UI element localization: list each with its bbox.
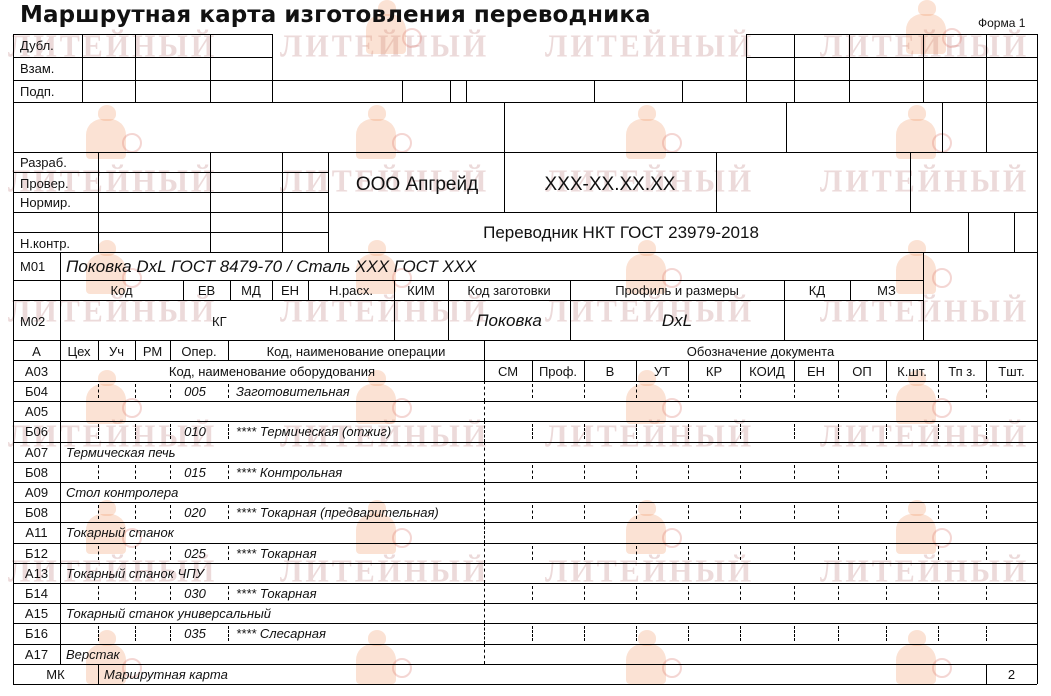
document-code: XXX-XX.XX.XX xyxy=(504,173,716,197)
operation-number: 035 xyxy=(170,626,220,642)
grid-line xyxy=(13,34,272,35)
grid-line xyxy=(60,401,61,421)
grid-line xyxy=(1037,381,1038,401)
grid-line xyxy=(740,626,741,641)
grid-line xyxy=(484,442,485,462)
grid-line xyxy=(1037,522,1038,543)
norm-col-header: ОП xyxy=(838,364,886,380)
grid-line xyxy=(886,546,887,560)
material-col-header: МД xyxy=(230,283,272,299)
equipment-name: Термическая печь xyxy=(66,445,175,461)
grid-line xyxy=(968,212,969,252)
grid-line xyxy=(938,505,939,519)
operation-name: **** Токарная xyxy=(236,586,317,602)
grid-line xyxy=(13,252,14,340)
grid-line xyxy=(636,586,637,600)
grid-line xyxy=(838,546,839,560)
grid-line xyxy=(60,502,61,522)
grid-line xyxy=(986,34,987,102)
equipment-name: Токарный станок xyxy=(66,525,174,541)
grid-line xyxy=(636,626,637,641)
grid-line xyxy=(13,603,1037,604)
grid-line xyxy=(688,465,689,479)
grid-line xyxy=(82,34,83,102)
grid-line xyxy=(1037,563,1038,583)
grid-line xyxy=(135,34,136,102)
grid-line xyxy=(740,505,741,519)
grid-line xyxy=(794,424,795,439)
grid-line xyxy=(484,502,485,522)
grid-line xyxy=(886,586,887,600)
grid-line xyxy=(60,603,61,623)
row-code: Б06 xyxy=(13,424,60,440)
grid-line xyxy=(636,505,637,519)
grid-line xyxy=(98,384,99,398)
grid-line xyxy=(938,384,939,398)
grid-line xyxy=(584,546,585,560)
grid-line xyxy=(584,626,585,641)
grid-line xyxy=(98,505,99,519)
grid-line xyxy=(636,546,637,560)
m02-label: М02 xyxy=(20,314,45,330)
operation-col-header: РМ xyxy=(135,344,170,360)
grid-line xyxy=(60,462,61,482)
grid-line xyxy=(1037,152,1038,252)
grid-line xyxy=(228,424,229,439)
grid-line xyxy=(282,152,283,252)
grid-line xyxy=(1037,102,1038,152)
grid-line xyxy=(986,546,987,560)
norm-col-header: Проф. xyxy=(532,364,584,380)
grid-line xyxy=(135,505,136,519)
material-col-header: КИМ xyxy=(394,283,448,299)
grid-line xyxy=(98,586,99,600)
m01-label: М01 xyxy=(20,259,45,275)
grid-line xyxy=(688,586,689,600)
grid-line xyxy=(60,644,61,664)
grid-line xyxy=(98,424,99,439)
label-nkontr: Н.контр. xyxy=(20,236,70,252)
grid-line xyxy=(688,626,689,641)
equipment-name: Стол контролера xyxy=(66,485,178,501)
grid-line xyxy=(13,80,1037,81)
grid-line xyxy=(794,546,795,560)
grid-line xyxy=(394,300,395,340)
label-normir: Нормир. xyxy=(20,195,71,211)
row-code: Б12 xyxy=(13,546,60,562)
operation-name: Заготовительная xyxy=(236,384,350,400)
row-code: А15 xyxy=(13,606,60,622)
grid-line xyxy=(942,102,943,152)
norm-col-header: УТ xyxy=(636,364,688,380)
grid-line xyxy=(740,586,741,600)
grid-line xyxy=(484,522,485,543)
grid-line xyxy=(838,384,839,398)
grid-line xyxy=(98,664,99,684)
grid-line xyxy=(1037,603,1038,623)
grid-line xyxy=(135,586,136,600)
unit-value: КГ xyxy=(212,314,227,330)
grid-line xyxy=(986,424,987,439)
company-name: ООО Апгрейд xyxy=(330,173,504,197)
grid-line xyxy=(784,300,785,340)
equipment-name: Токарный станок универсальный xyxy=(66,606,271,622)
grid-line xyxy=(636,384,637,398)
grid-line xyxy=(886,465,887,479)
grid-line xyxy=(938,465,939,479)
grid-line xyxy=(13,212,328,213)
grid-line xyxy=(636,424,637,439)
grid-line xyxy=(13,644,1037,645)
grid-line xyxy=(584,465,585,479)
norm-col-header: Тп з. xyxy=(938,364,986,380)
grid-line xyxy=(986,626,987,641)
operation-name: **** Токарная xyxy=(236,546,317,562)
material-col-header: Н.расх. xyxy=(308,283,394,299)
row-code: А11 xyxy=(13,525,60,541)
grid-line xyxy=(636,465,637,479)
operation-name: **** Токарная (предварительная) xyxy=(236,505,439,521)
blank-code-value: Поковка xyxy=(448,310,570,332)
grid-line xyxy=(886,384,887,398)
grid-line xyxy=(688,424,689,439)
operation-col-header: Уч xyxy=(98,344,135,360)
grid-line xyxy=(746,34,747,102)
grid-line xyxy=(13,57,272,58)
grid-line xyxy=(13,300,923,301)
operation-number: 005 xyxy=(170,384,220,400)
grid-line xyxy=(484,421,485,442)
operation-number: 025 xyxy=(170,546,220,562)
grid-line xyxy=(1037,502,1038,522)
equipment-name: Верстак xyxy=(66,647,120,663)
grid-line xyxy=(986,465,987,479)
grid-line xyxy=(886,505,887,519)
row-code: Б14 xyxy=(13,586,60,602)
grid-line xyxy=(986,384,987,398)
grid-line xyxy=(1037,421,1038,442)
grid-line xyxy=(13,360,1037,361)
grid-line xyxy=(740,424,741,439)
norm-col-header: К.шт. xyxy=(886,364,938,380)
grid-line xyxy=(716,152,717,212)
grid-line xyxy=(938,424,939,439)
grid-line xyxy=(886,424,887,439)
grid-line xyxy=(450,80,451,102)
material-col-header: ЕН xyxy=(272,283,308,299)
grid-line xyxy=(13,543,1037,544)
grid-line xyxy=(1037,462,1038,482)
grid-line xyxy=(532,384,533,398)
grid-line xyxy=(532,505,533,519)
norm-col-header: В xyxy=(584,364,636,380)
grid-line xyxy=(838,586,839,600)
grid-line xyxy=(484,401,485,421)
operation-col-header: Цех xyxy=(60,344,98,360)
grid-line xyxy=(13,381,1037,382)
grid-line xyxy=(13,684,1037,685)
grid-line xyxy=(228,384,229,398)
grid-line xyxy=(1037,583,1038,603)
grid-line xyxy=(910,152,911,212)
grid-line xyxy=(13,172,328,173)
grid-line xyxy=(13,583,1037,584)
footer-form-code: МК xyxy=(13,667,98,683)
grid-line xyxy=(228,505,229,519)
grid-line xyxy=(60,583,61,603)
norm-col-header: СМ xyxy=(484,364,532,380)
grid-line xyxy=(682,80,683,102)
grid-line xyxy=(838,505,839,519)
grid-line xyxy=(135,465,136,479)
form-label: Форма 1 xyxy=(978,16,1025,30)
grid-line xyxy=(838,626,839,641)
grid-line xyxy=(794,505,795,519)
profile-value: DxL xyxy=(570,310,784,332)
grid-line xyxy=(794,586,795,600)
grid-line xyxy=(484,583,485,603)
grid-line xyxy=(13,401,1037,402)
operation-col-header: Опер. xyxy=(170,344,228,360)
grid-line xyxy=(13,502,1037,503)
grid-line xyxy=(13,280,923,281)
grid-line xyxy=(746,57,1037,58)
product-name: Переводник НКТ ГОСТ 23979-2018 xyxy=(330,222,912,244)
grid-line xyxy=(13,252,1037,253)
grid-line xyxy=(584,424,585,439)
norm-col-header: Тшт. xyxy=(986,364,1037,380)
document-designation-header: Обозначение документа xyxy=(484,344,1037,360)
grid-line xyxy=(794,465,795,479)
grid-line xyxy=(135,424,136,439)
grid-line xyxy=(210,34,211,102)
grid-line xyxy=(484,623,485,644)
grid-line xyxy=(1037,623,1038,644)
grid-line xyxy=(466,80,467,102)
operation-number: 010 xyxy=(170,424,220,440)
label-dubl: Дубл. xyxy=(20,38,54,54)
grid-line xyxy=(740,465,741,479)
grid-line xyxy=(98,546,99,560)
operation-number: 020 xyxy=(170,505,220,521)
grid-line xyxy=(13,522,1037,523)
material-col-header: ЕВ xyxy=(183,283,230,299)
grid-line xyxy=(13,152,14,252)
row-code: А05 xyxy=(13,404,60,420)
grid-line xyxy=(13,102,1037,103)
grid-line xyxy=(13,421,1037,422)
grid-line xyxy=(849,34,850,102)
grid-line xyxy=(228,546,229,560)
grid-line xyxy=(13,34,14,102)
grid-line xyxy=(938,586,939,600)
operation-name: **** Контрольная xyxy=(236,465,342,481)
grid-line xyxy=(838,424,839,439)
grid-line xyxy=(1037,340,1038,381)
page-title: Маршрутная карта изготовления переводник… xyxy=(20,2,651,28)
grid-line xyxy=(794,384,795,398)
grid-line xyxy=(484,644,485,664)
grid-line xyxy=(272,34,273,102)
grid-line xyxy=(60,543,61,563)
grid-line xyxy=(13,482,1037,483)
row-code: Б16 xyxy=(13,626,60,642)
row-code: Б08 xyxy=(13,465,60,481)
grid-line xyxy=(1037,34,1038,102)
grid-line xyxy=(228,465,229,479)
grid-line xyxy=(402,80,403,102)
grid-line xyxy=(688,546,689,560)
grid-line xyxy=(210,152,211,252)
grid-line xyxy=(98,626,99,641)
grid-line xyxy=(532,626,533,641)
grid-line xyxy=(584,586,585,600)
grid-line xyxy=(1014,212,1015,252)
grid-line xyxy=(13,664,1037,665)
grid-line xyxy=(484,482,485,502)
row-a03-label: А03 xyxy=(13,364,60,380)
grid-line xyxy=(504,102,505,152)
grid-line xyxy=(60,623,61,644)
norm-col-header: КОИД xyxy=(740,364,794,380)
grid-line xyxy=(938,626,939,641)
grid-line xyxy=(1037,401,1038,421)
grid-line xyxy=(688,505,689,519)
material-spec: Поковка DxL ГОСТ 8479-70 / Сталь XXX ГОС… xyxy=(66,256,477,278)
row-code: А09 xyxy=(13,485,60,501)
grid-line xyxy=(328,212,1037,213)
grid-line xyxy=(923,34,924,102)
label-vzam: Взам. xyxy=(20,61,54,77)
grid-line xyxy=(60,381,61,401)
grid-line xyxy=(98,465,99,479)
grid-line xyxy=(1037,442,1038,462)
row-code: А17 xyxy=(13,647,60,663)
row-code: А07 xyxy=(13,445,60,461)
grid-line xyxy=(1037,482,1038,502)
grid-line xyxy=(13,340,1037,341)
grid-line xyxy=(1037,644,1038,664)
grid-line xyxy=(135,546,136,560)
footer-form-name: Маршрутная карта xyxy=(104,667,228,683)
grid-line xyxy=(986,586,987,600)
page-number: 2 xyxy=(986,667,1037,683)
grid-line xyxy=(98,152,99,252)
operation-name: **** Термическая (отжиг) xyxy=(236,424,391,440)
grid-line xyxy=(228,626,229,641)
grid-line xyxy=(1037,252,1038,340)
grid-line xyxy=(13,152,1037,153)
material-col-header: Код заготовки xyxy=(448,283,570,299)
grid-line xyxy=(60,522,61,543)
label-prover: Провер. xyxy=(20,176,69,192)
grid-line xyxy=(838,465,839,479)
grid-line xyxy=(13,192,328,193)
grid-line xyxy=(484,462,485,482)
grid-line xyxy=(532,424,533,439)
material-col-header: Профиль и размеры xyxy=(570,283,784,299)
grid-line xyxy=(13,563,1037,564)
grid-line xyxy=(135,384,136,398)
grid-line xyxy=(923,252,924,340)
grid-line xyxy=(13,442,1037,443)
grid-line xyxy=(688,384,689,398)
grid-line xyxy=(1037,664,1038,684)
grid-line xyxy=(794,626,795,641)
row-a-label: А xyxy=(13,344,60,360)
grid-line xyxy=(740,546,741,560)
grid-line xyxy=(135,626,136,641)
grid-line xyxy=(594,80,595,102)
grid-line xyxy=(13,462,1037,463)
equipment-header: Код, наименование оборудования xyxy=(60,364,484,380)
grid-line xyxy=(484,603,485,623)
grid-line xyxy=(584,384,585,398)
row-code: Б08 xyxy=(13,505,60,521)
equipment-name: Токарный станок ЧПУ xyxy=(66,566,204,582)
operation-col-header: Код, наименование операции xyxy=(228,344,484,360)
grid-line xyxy=(60,421,61,442)
grid-line xyxy=(786,102,787,152)
grid-line xyxy=(484,381,485,401)
grid-line xyxy=(328,152,329,252)
label-podp: Подп. xyxy=(20,84,55,100)
grid-line xyxy=(532,586,533,600)
operation-number: 030 xyxy=(170,586,220,602)
grid-line xyxy=(13,102,14,152)
grid-line xyxy=(60,482,61,502)
grid-line xyxy=(746,34,1037,35)
material-col-header: КД xyxy=(784,283,850,299)
grid-line xyxy=(13,623,1037,624)
grid-line xyxy=(484,563,485,583)
norm-col-header: ЕН xyxy=(794,364,838,380)
row-code: А13 xyxy=(13,566,60,582)
grid-line xyxy=(532,465,533,479)
label-razrab: Разраб. xyxy=(20,155,67,171)
operation-name: **** Слесарная xyxy=(236,626,326,642)
grid-line xyxy=(1037,543,1038,563)
grid-line xyxy=(584,505,585,519)
grid-line xyxy=(60,442,61,462)
grid-line xyxy=(60,563,61,583)
row-code: Б04 xyxy=(13,384,60,400)
grid-line xyxy=(886,626,887,641)
grid-line xyxy=(13,232,328,233)
grid-line xyxy=(484,543,485,563)
operation-number: 015 xyxy=(170,465,220,481)
grid-line xyxy=(794,34,795,102)
grid-line xyxy=(740,384,741,398)
grid-line xyxy=(986,505,987,519)
grid-line xyxy=(986,102,987,152)
material-col-header: МЗ xyxy=(850,283,923,299)
grid-line xyxy=(532,546,533,560)
norm-col-header: КР xyxy=(688,364,740,380)
grid-line xyxy=(228,586,229,600)
material-col-header: Код xyxy=(60,283,183,299)
grid-line xyxy=(938,546,939,560)
